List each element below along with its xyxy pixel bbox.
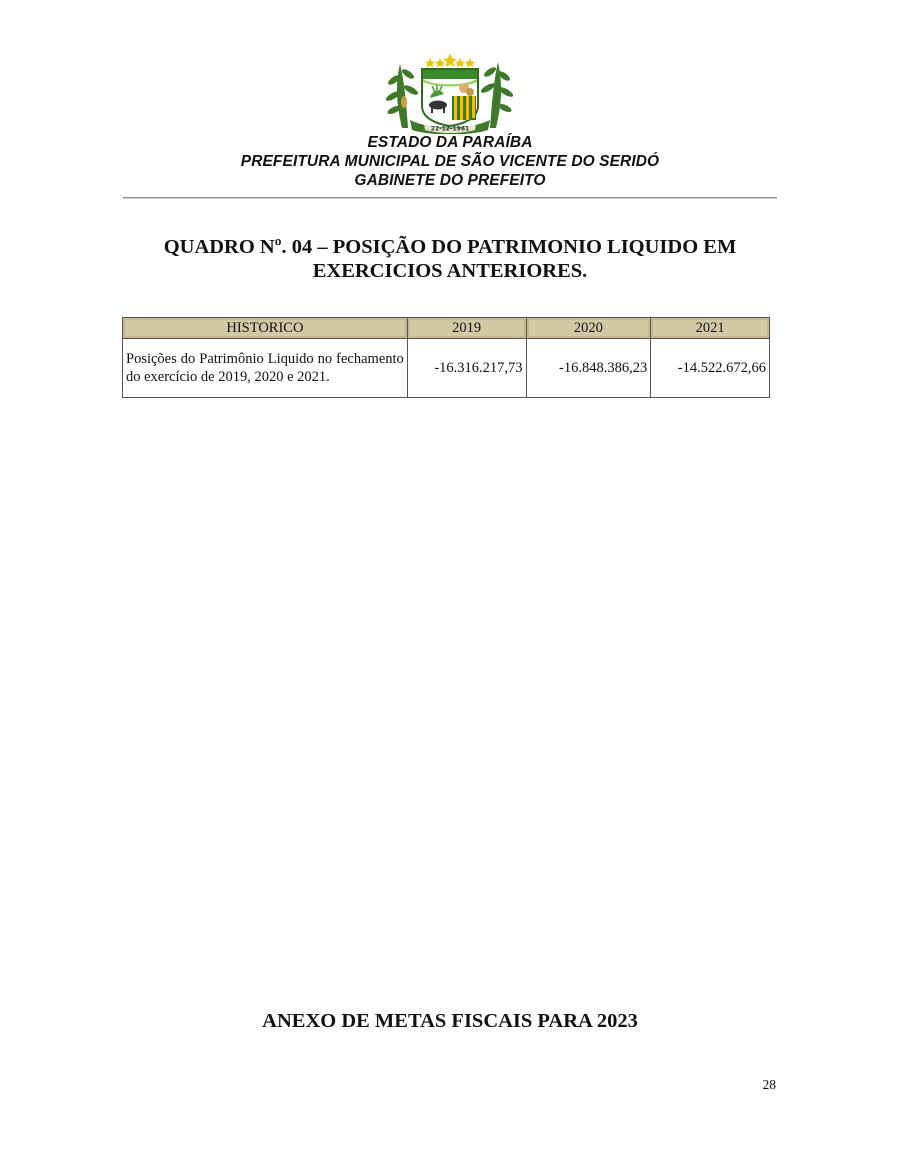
table-row: Posições do Patrimônio Liquido no fecham…	[123, 339, 770, 398]
net-equity-table: HISTORICO 2019 2020 2021 Posições do Pat…	[122, 317, 770, 398]
cell-2020: -16.848.386,23	[526, 339, 651, 398]
svg-text:22-12-1961: 22-12-1961	[431, 126, 469, 133]
page-title-line1: QUADRO Nº. 04 – POSIÇÃO DO PATRIMONIO LI…	[0, 235, 900, 260]
table-header-row: HISTORICO 2019 2020 2021	[123, 318, 770, 339]
header-office: GABINETE DO PREFEITO	[0, 172, 900, 190]
header-state: ESTADO DA PARAÍBA	[0, 134, 900, 152]
column-header-2019: 2019	[407, 318, 526, 339]
page-number: 28	[740, 1077, 776, 1093]
section-title: ANEXO DE METAS FISCAIS PARA 2023	[0, 1010, 900, 1033]
document-page: 22-12-1961 ESTADO DA PARAÍBA PREFEITURA …	[0, 0, 900, 1165]
header-divider	[123, 197, 777, 199]
column-header-2021: 2021	[651, 318, 770, 339]
cell-2021: -14.522.672,66	[651, 339, 770, 398]
header-municipality: PREFEITURA MUNICIPAL DE SÃO VICENTE DO S…	[0, 153, 900, 171]
page-title-line2: EXERCICIOS ANTERIORES.	[0, 259, 900, 284]
cell-historico: Posições do Patrimônio Liquido no fecham…	[123, 339, 408, 398]
column-header-historico: HISTORICO	[123, 318, 408, 339]
cell-2019: -16.316.217,73	[407, 339, 526, 398]
column-header-2020: 2020	[526, 318, 651, 339]
coat-of-arms-icon: 22-12-1961	[384, 50, 516, 134]
